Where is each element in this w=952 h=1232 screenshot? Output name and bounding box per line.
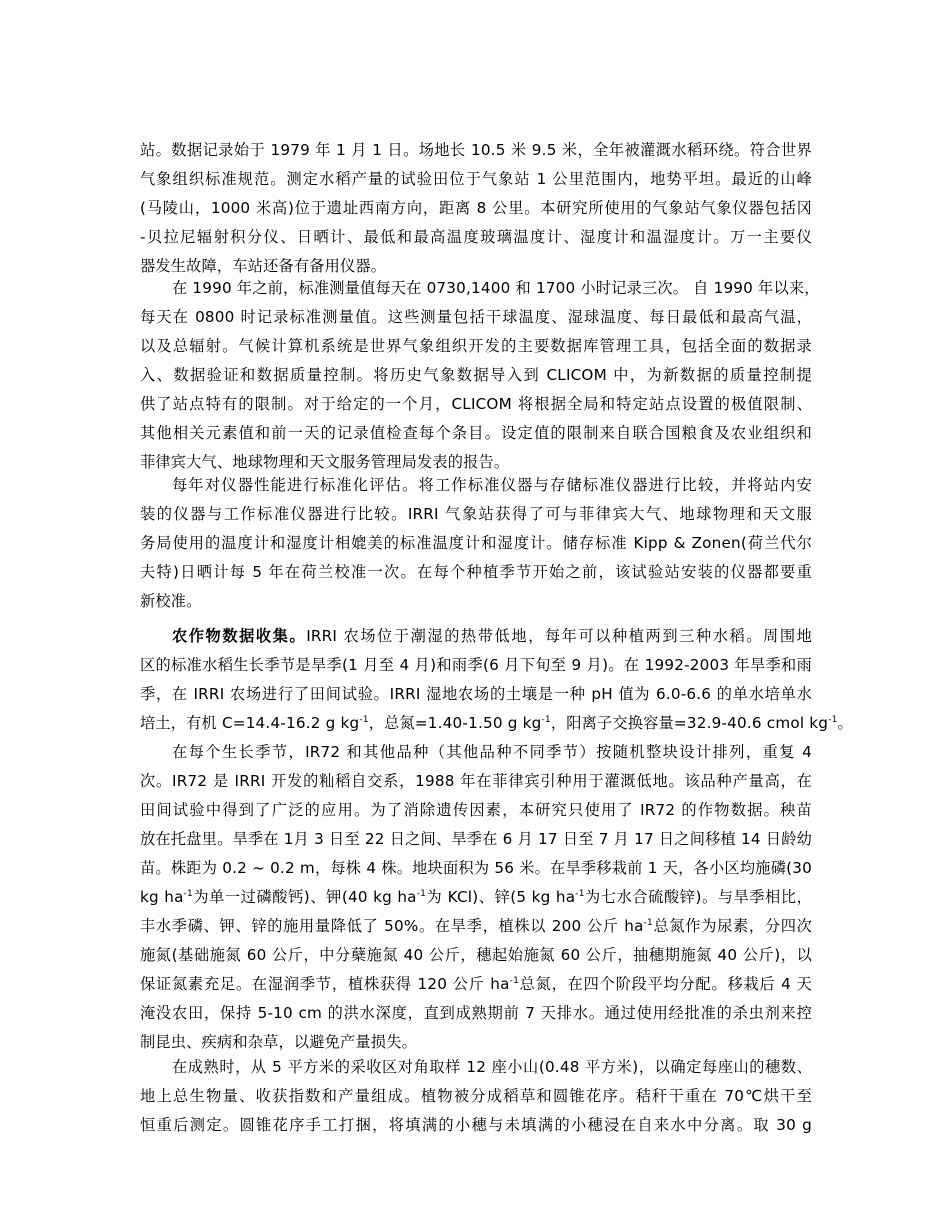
- text-line: 在 1990 年之前，标准测量值每天在 0730,1400 和 1700 小时记…: [172, 276, 812, 300]
- text-line: 农作物数据收集。IRRI 农场位于潮湿的热带低地，每年可以种植两到三种水稻。周围…: [172, 624, 812, 648]
- superscript: -1: [828, 715, 837, 725]
- rich-line: IRRI 农场位于潮湿的热带低地，每年可以种植两到三种水稻。周围地: [306, 627, 812, 645]
- text-line: 在成熟时，从 5 平方米的采收区对角取样 12 座小山(0.48 平方米)，以确…: [172, 1055, 812, 1079]
- text-line: 施氮(基础施氮 60 公斤，中分蘖施氮 40 公斤，穗起始施氮 60 公斤，抽穗…: [140, 943, 812, 967]
- superscript: -1: [575, 889, 584, 899]
- superscript: -1: [644, 918, 653, 928]
- text-line: 其他相关元素值和前一天的记录值检查每个条目。设定值的限制来自联合国粮食及农业组织…: [140, 421, 812, 445]
- text-line: 装的仪器与工作标准仪器进行比较。IRRI 气象站获得了可与菲律宾大气、地球物理和…: [140, 502, 812, 526]
- text-line: 站。数据记录始于 1979 年 1 月 1 日。场地长 10.5 米 9.5 米…: [140, 138, 812, 162]
- text-line: (马陵山，1000 米高)位于遗址西南方向，距离 8 公里。本研究所使用的气象站…: [140, 196, 812, 220]
- text-line: 次。IR72 是 IRRI 开发的籼稻自交系，1988 年在菲律宾引种用于灌溉低…: [140, 769, 812, 793]
- superscript: -1: [510, 976, 519, 986]
- text-line: 保证氮素充足。在湿润季节，植株获得 120 公斤 ha-1总氮，在四个阶段平均分…: [140, 972, 812, 996]
- text-line: 制昆虫、疾病和杂草，以避免产量损失。: [140, 1030, 812, 1054]
- text-line: kg ha-1为单一过磷酸钙)、钾(40 kg ha-1为 KCl)、锌(5 k…: [140, 885, 812, 909]
- superscript: -1: [184, 889, 193, 899]
- text-line: 入、数据验证和数据质量控制。将历史气象数据导入到 CLICOM 中，为新数据的质…: [140, 363, 812, 387]
- text-line: 田间试验中得到了广泛的应用。为了消除遗传因素，本研究只使用了 IR72 的作物数…: [140, 798, 812, 822]
- text-line: 培土，有机 C=14.4-16.2 g kg-1，总氮=1.40-1.50 g …: [140, 711, 812, 735]
- superscript: -1: [359, 715, 368, 725]
- text-line: 菲律宾大气、地球物理和天文服务管理局发表的报告。: [140, 450, 812, 474]
- text-line: 以及总辐射。气候计算机系统是世界气象组织开发的主要数据库管理工具，包括全面的数据…: [140, 334, 812, 358]
- document-page: 站。数据记录始于 1979 年 1 月 1 日。场地长 10.5 米 9.5 米…: [0, 0, 952, 1232]
- text-line: 在每个生长季节，IR72 和其他品种（其他品种不同季节）按随机整块设计排列，重复…: [172, 740, 812, 764]
- text-line: 供了站点特有的限制。对于给定的一个月，CLICOM 将根据全局和特定站点设置的极…: [140, 392, 812, 416]
- text-line: 区的标准水稻生长季节是旱季(1 月至 4 月)和雨季(6 月下旬至 9 月)。在…: [140, 653, 812, 677]
- text-line: 季，在 IRRI 农场进行了田间试验。IRRI 湿地农场的土壤是一种 pH 值为…: [140, 682, 812, 706]
- text-line: 恒重后测定。圆锥花序手工打捆，将填满的小穗与未填满的小穗浸在自来水中分离。取 3…: [140, 1113, 812, 1137]
- text-line: 气象组织标准规范。测定水稻产量的试验田位于气象站 1 公里范围内，地势平坦。最近…: [140, 167, 812, 191]
- text-line: 丰水季磷、钾、锌的施用量降低了 50%。在旱季，植株以 200 公斤 ha-1总…: [140, 914, 812, 938]
- text-line: 每天在 0800 时记录标准测量值。这些测量包括干球温度、湿球温度、每日最低和最…: [140, 305, 812, 329]
- text-line: 新校准。: [140, 589, 812, 613]
- superscript: -1: [541, 715, 550, 725]
- text-line: 器发生故障，车站还备有备用仪器。: [140, 254, 812, 278]
- text-line: -贝拉尼辐射积分仪、日晒计、最低和最高温度玻璃温度计、湿度计和温湿度计。万一主要…: [140, 225, 812, 249]
- text-line: 地上总生物量、收获指数和产量组成。植物被分成稻草和圆锥花序。秸秆干重在 70℃烘…: [140, 1084, 812, 1108]
- text-line: 苗。株距为 0.2 ~ 0.2 m，每株 4 株。地块面积为 56 米。在旱季移…: [140, 856, 812, 880]
- text-line: 每年对仪器性能进行标准化评估。将工作标准仪器与存储标准仪器进行比较，并将站内安: [172, 473, 812, 497]
- text-line: 务局使用的温度计和湿度计相媲美的标准温度计和湿度计。储存标准 Kipp & Zo…: [140, 531, 812, 555]
- section-heading: 农作物数据收集。: [172, 627, 306, 645]
- text-line: 放在托盘里。旱季在 1月 3 日至 22 日之间、旱季在 6 月 17 日至 7…: [140, 827, 812, 851]
- text-line: 夫特)日晒计每 5 年在荷兰校准一次。在每个种植季节开始之前，该试验站安装的仪器…: [140, 560, 812, 584]
- text-line: 淹没农田，保持 5-10 cm 的洪水深度，直到成熟期前 7 天排水。通过使用经…: [140, 1001, 812, 1025]
- superscript: -1: [417, 889, 426, 899]
